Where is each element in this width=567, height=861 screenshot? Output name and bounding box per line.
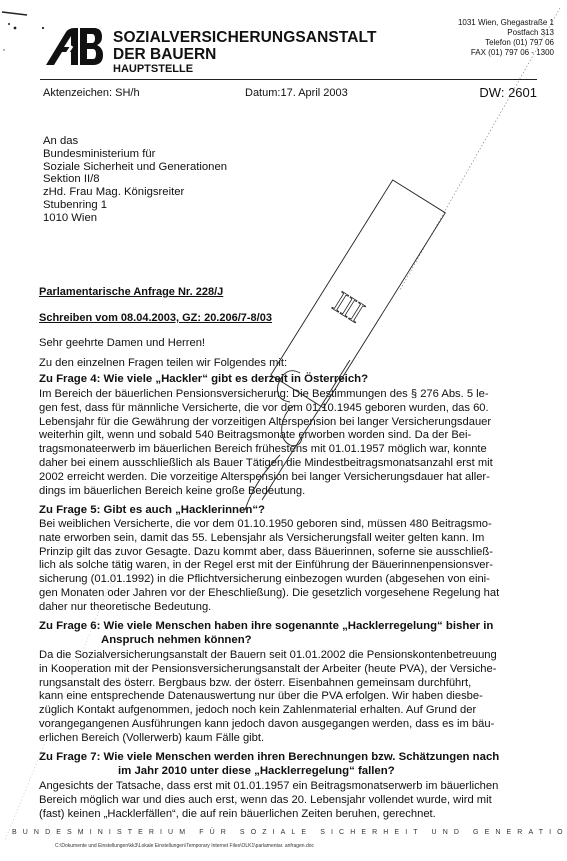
recipient-address: An dasBundesministerium fürSoziale Siche…	[43, 135, 227, 225]
address-street: 1031 Wien, Ghegastraße 1	[458, 18, 554, 28]
recipient-line: zHd. Frau Mag. Königsreiter	[43, 186, 227, 199]
footer-file-path: C:\Dokumente und Einstellungen\kk3\Lokal…	[55, 843, 314, 849]
answer-line: gen Monaten oder Jahren vor der Eheschli…	[39, 587, 509, 601]
address-phone: Telefon (01) 797 06	[458, 38, 554, 48]
answer-line: Lebensjahr für die Gewährung der vorzeit…	[39, 416, 509, 430]
svb-logo-icon	[44, 28, 104, 66]
answer-line: Angesichts der Tatsache, dass erst mit 0…	[39, 780, 509, 794]
org-name-line1: SOZIALVERSICHERUNGSANSTALT	[113, 29, 377, 47]
subject-inquiry: Parlamentarische Anfrage Nr. 228/J	[39, 286, 223, 298]
answer-line: erlichen Bereich (Vollerwerb) kaum Fälle…	[39, 732, 509, 746]
question-7: Zu Frage 7: Wie viele Menschen werden ih…	[39, 750, 499, 778]
answer-line: daher nur theoretische Bedeutung.	[39, 601, 509, 615]
aktenzeichen: Aktenzeichen: SH/h	[43, 87, 140, 99]
answer-line: Bereich möglich war und dies auch erst, …	[39, 794, 509, 808]
question-line: Zu Frage 4: Wie viele „Hackler“ gibt es …	[39, 372, 368, 386]
answer-line: Prinzip gilt das zuvor Gesagte. Dazu kom…	[39, 546, 509, 560]
answer-line: 2002 erreicht werden. Die vorzeitige Alt…	[39, 471, 509, 485]
answer-4: Im Bereich der bäuerlichen Pensionsversi…	[39, 388, 509, 498]
answer-line: vorangegangenen Ausführungen kann jedoch…	[39, 718, 509, 732]
salutation: Sehr geehrte Damen und Herren!	[39, 337, 509, 351]
answer-line: sicherung (01.01.1992) in die Pflichtver…	[39, 573, 509, 587]
question-line: Zu Frage 5: Gibt es auch „Hacklerinnen“?	[39, 503, 265, 517]
answer-line: kann eine entsprechende Datenauswertung …	[39, 690, 509, 704]
extension-number: DW: 2601	[479, 85, 537, 100]
address-postbox: Postfach 313	[458, 28, 554, 38]
answer-6: Da die Sozialversicherungsanstalt der Ba…	[39, 649, 509, 746]
question-line: Anspruch nehmen können?	[39, 633, 493, 647]
question-line: Zu Frage 7: Wie viele Menschen werden ih…	[39, 750, 499, 764]
answer-line: nate erworben sein, damit das 55. Lebens…	[39, 532, 509, 546]
answer-line: Bei weiblichen Versicherte, die vor dem …	[39, 518, 509, 532]
recipient-line: Stubenring 1	[43, 199, 227, 212]
answer-line: rungsanstalt des österr. Bergbaus bzw. d…	[39, 677, 509, 691]
header-rule	[40, 79, 537, 80]
answer-line: daher bei einem ausschließlich als Bauer…	[39, 457, 509, 471]
sender-address: 1031 Wien, Ghegastraße 1 Postfach 313 Te…	[458, 18, 554, 58]
question-line: im Jahr 2010 unter diese „Hacklerregelun…	[39, 764, 499, 778]
answer-line: in Kooperation mit der Pensionsversicher…	[39, 663, 509, 677]
answer-5: Bei weiblichen Versicherte, die vor dem …	[39, 518, 509, 615]
org-name-line2: DER BAUERN	[113, 46, 216, 64]
recipient-line: Bundesministerium für	[43, 148, 227, 161]
recipient-line: Soziale Sicherheit und Generationen	[43, 161, 227, 174]
question-line: Zu Frage 6: Wie viele Menschen haben ihr…	[39, 619, 493, 633]
answer-line: züglich Kontakt aufgenommen, jedoch noch…	[39, 704, 509, 718]
answer-line: weiterhin gilt, wenn und sobald 540 Beit…	[39, 429, 509, 443]
subject-reference: Schreiben vom 08.04.2003, GZ: 20.206/7-8…	[39, 312, 272, 324]
answer-line: Im Bereich der bäuerlichen Pensionsversi…	[39, 388, 509, 402]
recipient-line: 1010 Wien	[43, 212, 227, 225]
answer-line: Da die Sozialversicherungsanstalt der Ba…	[39, 649, 509, 663]
question-5: Zu Frage 5: Gibt es auch „Hacklerinnen“?	[39, 503, 265, 517]
recipient-line: Sektion II/8	[43, 173, 227, 186]
answer-line: (fast) keinen „Hacklerfällen“, die auf r…	[39, 808, 509, 822]
org-division: HAUPTSTELLE	[113, 63, 193, 75]
answer-line: lich als solche tätig waren, in der Rege…	[39, 559, 509, 573]
footer-ministry: BUNDESMINISTERIUM FÜR SOZIALE SICHERHEIT…	[12, 829, 567, 836]
answer-line: gen fest, dass für männliche Versicherte…	[39, 402, 509, 416]
answer-7: Angesichts der Tatsache, dass erst mit 0…	[39, 780, 509, 821]
answer-line: dings im bäuerlichen Bereich keine große…	[39, 485, 509, 499]
stamp-numeral: III	[327, 285, 370, 329]
answer-line: tragsmonateerwerb im bäuerlichen Bereich…	[39, 443, 509, 457]
intro-text: Zu den einzelnen Fragen teilen wir Folge…	[39, 357, 509, 371]
question-6: Zu Frage 6: Wie viele Menschen haben ihr…	[39, 619, 493, 647]
address-fax: FAX (01) 797 06 - 1300	[458, 48, 554, 58]
question-4: Zu Frage 4: Wie viele „Hackler“ gibt es …	[39, 372, 368, 386]
recipient-line: An das	[43, 135, 227, 148]
letter-date: Datum:17. April 2003	[245, 87, 348, 99]
